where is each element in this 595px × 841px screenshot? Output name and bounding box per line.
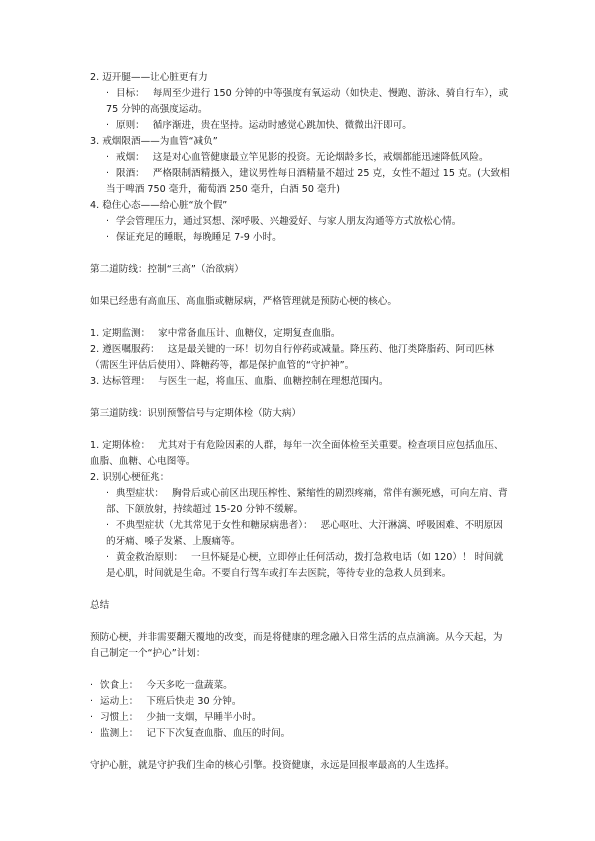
section-3-item-1: 1. 定期体检：尤其对于有危险因素的人群，每年一次全面体检至关重要。检查项目应包… <box>90 438 510 470</box>
bullet-principle: ·原则：循序渐进，贵在坚持。运动时感觉心跳加快、微微出汗即可。 <box>90 118 510 134</box>
item-2-title: 2. 迈开腿——让心脏更有力 <box>90 70 510 86</box>
bullet-golden-rule: ·黄金救治原则：一旦怀疑是心梗，立即停止任何活动，拨打急救电话（如 120）！ … <box>90 550 510 582</box>
section-2-item-1: 1. 定期监测：家中常备血压计、血糖仪，定期复查血脂。 <box>90 326 510 342</box>
item-3-title: 3. 戒烟限酒——为血管“减负” <box>90 134 510 150</box>
section-2-intro: 如果已经患有高血压、高血脂或糖尿病，严格管理就是预防心梗的核心。 <box>90 294 510 310</box>
section-2-item-3: 3. 达标管理：与医生一起，将血压、血脂、血糖控制在理想范围内。 <box>90 374 510 390</box>
bullet-sleep: ·保证充足的睡眠，每晚睡足 7-9 小时。 <box>90 230 510 246</box>
bullet-goal: ·目标：每周至少进行 150 分钟的中等强度有氧运动（如快走、慢跑、游泳、骑自行… <box>90 86 510 118</box>
bullet-typical-symptoms: ·典型症状：胸骨后或心前区出现压榨性、紧缩性的剧烈疼痛，常伴有濒死感，可向左肩、… <box>90 486 510 518</box>
bullet-limit-alcohol: ·限酒：严格限制酒精摄入，建议男性每日酒精量不超过 25 克，女性不超过 15 … <box>90 166 510 198</box>
plan-exercise: ·运动上：下班后快走 30 分钟。 <box>90 694 510 710</box>
bullet-quit-smoking: ·戒烟：这是对心血管健康最立竿见影的投资。无论烟龄多长，戒烟都能迅速降低风险。 <box>90 150 510 166</box>
plan-diet: ·饮食上：今天多吃一盘蔬菜。 <box>90 678 510 694</box>
item-4-title: 4. 稳住心态——给心脏“放个假” <box>90 198 510 214</box>
document-page: 2. 迈开腿——让心脏更有力 ·目标：每周至少进行 150 分钟的中等强度有氧运… <box>90 70 510 774</box>
section-2-heading: 第二道防线：控制“三高”（治欲病） <box>90 262 510 278</box>
summary-closing: 守护心脏，就是守护我们生命的核心引擎。投资健康，永远是回报率最高的人生选择。 <box>90 758 510 774</box>
section-3-item-2-title: 2. 识别心梗征兆： <box>90 470 510 486</box>
summary-intro: 预防心梗，并非需要翻天覆地的改变，而是将健康的理念融入日常生活的点点滴滴。从今天… <box>90 630 510 662</box>
section-2-item-2: 2. 遵医嘱服药：这是最关键的一环！切勿自行停药或减量。降压药、他汀类降脂药、阿… <box>90 342 510 374</box>
bullet-stress: ·学会管理压力，通过冥想、深呼吸、兴趣爱好、与家人朋友沟通等方式放松心情。 <box>90 214 510 230</box>
plan-habit: ·习惯上：少抽一支烟，早睡半小时。 <box>90 710 510 726</box>
plan-monitor: ·监测上：记下下次复查血脂、血压的时间。 <box>90 726 510 742</box>
summary-heading: 总结 <box>90 598 510 614</box>
section-3-heading: 第三道防线：识别预警信号与定期体检（防大病） <box>90 406 510 422</box>
bullet-atypical-symptoms: ·不典型症状（尤其常见于女性和糖尿病患者）：恶心呕吐、大汗淋漓、呼吸困难、不明原… <box>90 518 510 550</box>
